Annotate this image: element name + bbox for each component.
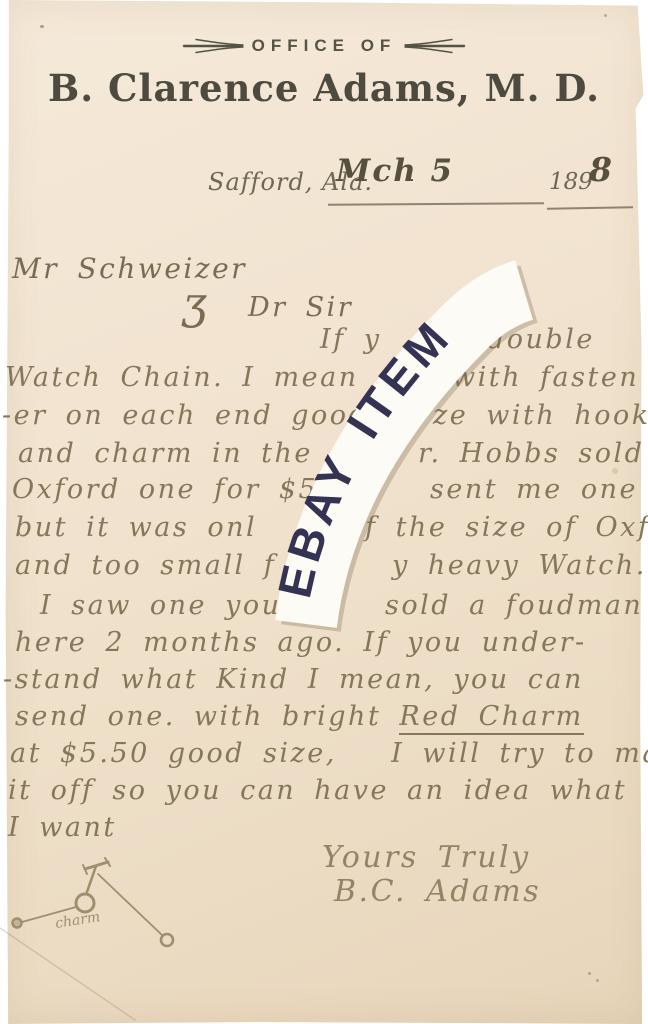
line-fragment-right: y heavy Watch. [392,550,647,581]
dateline-year-handwritten: 8 [589,150,612,189]
line-fragment-right: with fasten [452,362,639,393]
right-flourish-icon [402,36,466,56]
left-flourish-icon [182,36,246,56]
handwriting-line: I want [8,812,117,843]
recipient-line: Mr Schweizer [12,252,247,285]
line-fragment-right: f the size of Oxford [365,512,648,543]
paper-speck [604,14,607,17]
line-fragment-left: Watch Chain. I mean [5,362,359,393]
dateline-year-printed: 189 [549,169,593,195]
handwriting-line: it off so you can have an idea what [8,775,627,806]
line-fragment-left: I saw one you [40,590,282,621]
handwriting-line: -stand what Kind I mean, you can [3,664,584,695]
paper-speck [588,972,591,975]
underlined-phrase: Red Charm [399,701,583,735]
office-of-label: OFFICE OF [252,36,397,56]
paragraph-flourish: ʒ [182,278,209,329]
handwriting-line: -er on each end goodze with hook [2,400,368,431]
line-fragment-right: sold a foudman [385,590,643,621]
handwriting-line: send one. with bright Red Charm [15,701,584,732]
handwriting-line: at $5.50 good size, I will try to mark [10,738,648,769]
handwriting-line: here 2 months ago. If you under- [15,627,587,658]
closing-line: Yours Truly [322,840,531,875]
handwriting-line: Oxford one for $5.5sent me one [12,474,349,505]
handwriting-line: but it was onlf the size of Oxford [15,512,257,543]
line-fragment-right: r. Hobbs sold [418,438,644,469]
line-fragment-right: sent me one [430,474,638,505]
salutation-line: Dr Sir [248,292,353,323]
paper-speck [596,979,599,982]
handwriting-line: Watch Chain. I meanwith fasten [5,362,359,393]
line-fragment-left: Oxford one for $5.5 [12,474,349,505]
handwriting-line: I saw one yousold a foudman [40,590,282,621]
paper-speck [612,468,618,474]
scanned-letter: OFFICE OF B. Clarence Adams, M. D. Saffo… [0,0,648,1024]
line-fragment-right: ze with hook [433,400,648,431]
handwriting-line: and charm in ther. Hobbs sold [18,438,313,469]
handwriting-line: and too small fy heavy Watch. [15,550,276,581]
doctor-name-title: B. Clarence Adams, M. D. [0,66,648,110]
letterhead-office-row: OFFICE OF [0,36,648,56]
line-fragment-left: -er on each end good [2,400,368,431]
line-fragment-left: and too small f [15,550,276,581]
line-fragment-left: and charm in the [18,438,313,469]
line-fragment-left: send one. with bright [15,701,399,732]
paper-speck [40,25,44,28]
handwriting-line: If ydouble [320,324,382,355]
signature-line: B.C. Adams [334,874,541,909]
line-fragment-right: double [487,324,595,355]
line-fragment-left: but it was onl [15,512,257,543]
dateline-day-handwritten: Mch 5 [336,153,454,189]
line-fragment-left: If y [320,324,382,355]
